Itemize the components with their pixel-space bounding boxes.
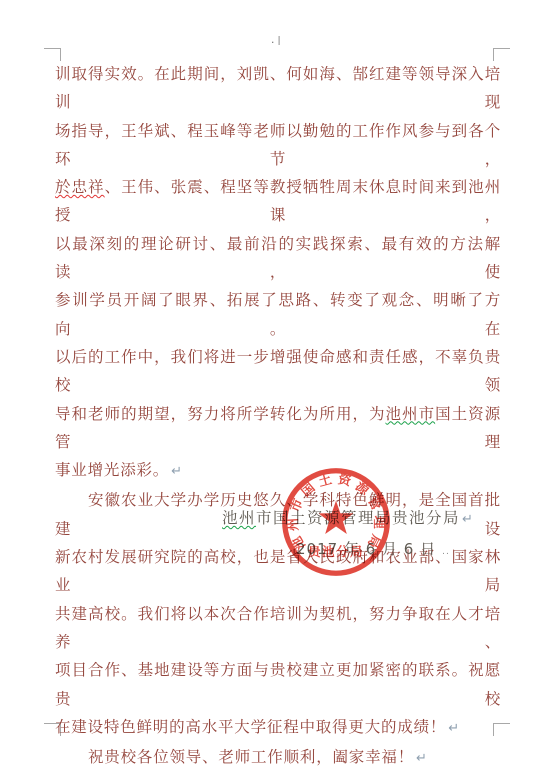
signature-line: 池州市国土资源管理局贵池分局↵ <box>222 506 474 528</box>
body-line: 祝贵校各位领导、老师工作顺利，阖家幸福！↵ <box>55 743 501 773</box>
text-segment: 训取得实效。在此期间，刘凯、何如海、郜红建等领导深入培训现 <box>55 65 501 111</box>
date-text: 2017 年 6 月 6 日 <box>296 540 436 558</box>
spellcheck-green-text: 池州 <box>222 509 256 527</box>
text-segment: 在建设特色鲜明的高水平大学征程中取得更大的成绩！ <box>55 718 446 736</box>
body-line: 项目合作、基地建设等方面与贵校建立更加紧密的联系。祝愿贵校 <box>55 656 501 713</box>
paragraph-mark: ↵ <box>416 751 428 766</box>
text-segment: 共建高校。我们将以本次合作培训为契机，努力争取在人才培养、 <box>55 605 501 651</box>
text-segment: 事业增光添彩。 <box>55 461 169 479</box>
body-line: 於忠祥、王伟、张震、程坚等教授牺牲周末休息时间来到池州授课， <box>55 173 501 230</box>
date-line: 2017 年 6 月 6 日.. <box>296 538 450 559</box>
text-segment: 场指导，王华斌、程玉峰等老师以勤勉的工作作风参与到各个环节， <box>55 122 501 168</box>
body-line: 事业增光添彩。↵ <box>55 456 501 486</box>
spellcheck-red-text: 於忠祥 <box>55 178 105 196</box>
header-marker: .| <box>270 36 283 46</box>
body-line: 以最深刻的理论研讨、最前沿的实践探索、最有效的方法解读，使 <box>55 230 501 287</box>
text-segment: 祝贵校各位领导、老师工作顺利，阖家幸福！ <box>88 748 414 766</box>
text-segment: 导和老师的期望，努力将所学转化为所用，为 <box>55 405 386 423</box>
text-segment: 参训学员开阔了眼界、拓展了思路、转变了观念、明晰了方向。在 <box>55 291 501 337</box>
letter-body: 训取得实效。在此期间，刘凯、何如海、郜红建等领导深入培训现场指导，王华斌、程玉峰… <box>55 60 501 773</box>
text-segment: 项目合作、基地建设等方面与贵校建立更加紧密的联系。祝愿贵校 <box>55 661 501 707</box>
text-segment: 以后的工作中，我们将进一步增强使命感和责任感，不辜负贵校领 <box>55 348 501 394</box>
document-page: { "marks": { "top_center": ".|", "paragr… <box>0 0 554 783</box>
body-line: 在建设特色鲜明的高水平大学征程中取得更大的成绩！↵ <box>55 713 501 743</box>
paragraph-mark: ↵ <box>462 512 474 527</box>
text-segment: 、王伟、张震、程坚等教授牺牲周末休息时间来到池州授课， <box>55 178 501 224</box>
body-line: 场指导，王华斌、程玉峰等老师以勤勉的工作作风参与到各个环节， <box>55 117 501 174</box>
text-segment: 以最深刻的理论研讨、最前沿的实践探索、最有效的方法解读，使 <box>55 235 501 281</box>
body-line: 参训学员开阔了眼界、拓展了思路、转变了观念、明晰了方向。在 <box>55 286 501 343</box>
text-segment: 市国土资源管理局贵池分局 <box>256 509 460 527</box>
body-line: 共建高校。我们将以本次合作培训为契机，努力争取在人才培养、 <box>55 600 501 657</box>
body-line: 导和老师的期望，努力将所学转化为所用，为池州市国土资源管理 <box>55 400 501 457</box>
spellcheck-green-text: 池州市 <box>386 405 436 423</box>
body-line: 以后的工作中，我们将进一步增强使命感和责任感，不辜负贵校领 <box>55 343 501 400</box>
date-suffix-mark: .. <box>442 547 450 557</box>
paragraph-mark: ↵ <box>448 721 460 736</box>
paragraph-mark: ↵ <box>171 464 183 479</box>
body-line: 训取得实效。在此期间，刘凯、何如海、郜红建等领导深入培训现 <box>55 60 501 117</box>
